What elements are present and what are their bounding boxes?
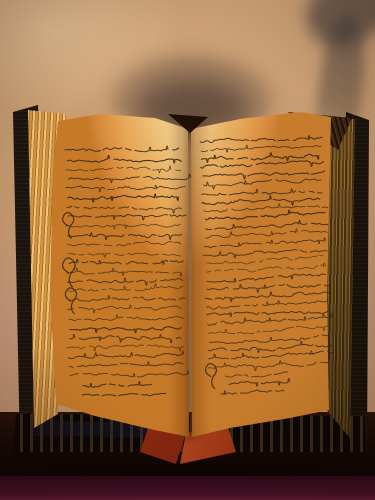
manuscript-text-left — [59, 139, 190, 408]
photo-scene — [0, 0, 375, 500]
manuscript-text-right — [195, 128, 336, 405]
bottom-ledge-band — [0, 476, 375, 500]
